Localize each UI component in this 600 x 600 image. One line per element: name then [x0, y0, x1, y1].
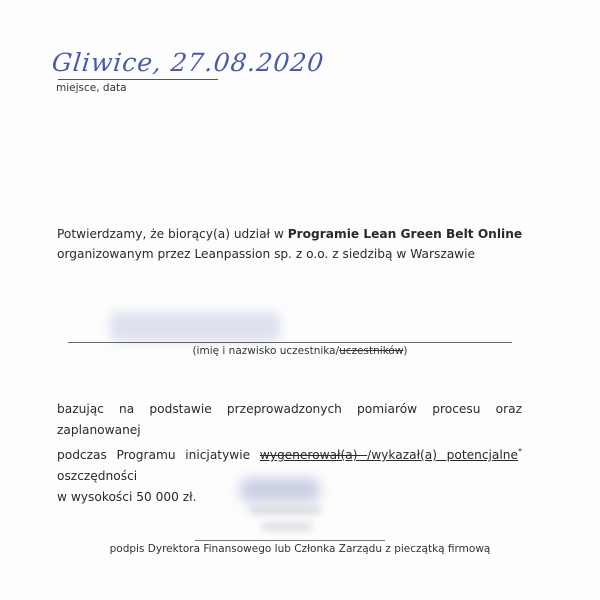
signature-caption: podpis Dyrektora Finansowego lub Członka… — [0, 543, 600, 555]
caption-prefix: (imię i nazwisko uczestnika/ — [192, 345, 339, 357]
confirmation-paragraph: Potwierdzamy, że biorący(a) udział w Pro… — [57, 224, 522, 264]
signature-redacted — [240, 478, 320, 502]
savings-line-2-prefix: podczas Programu inicjatywie — [57, 448, 260, 462]
stamp-line-redacted-2 — [262, 523, 312, 530]
stamp-line-redacted — [250, 506, 320, 514]
confirmation-prefix: Potwierdzamy, że biorący(a) udział w — [57, 227, 288, 241]
program-name: Programie Lean Green Belt Online — [288, 227, 522, 241]
caption-suffix: ) — [403, 345, 407, 357]
confirmation-line-1: Potwierdzamy, że biorący(a) udział w Pro… — [57, 224, 522, 244]
caption-struck-option: uczestników — [339, 345, 403, 357]
participant-name-caption: (imię i nazwisko uczestnika/uczestników) — [0, 345, 600, 357]
signature-line — [195, 540, 385, 541]
place-date-label: miejsce, data — [56, 82, 127, 94]
selected-option: /wykazał(a) potencjalne — [367, 448, 518, 462]
handwritten-place-date: Gliwice, 27.08.2020 — [50, 48, 325, 77]
document-page: Gliwice, 27.08.2020 miejsce, data Potwie… — [0, 0, 600, 600]
place-date-underline — [58, 79, 218, 80]
participant-name-redacted — [110, 312, 280, 342]
participant-name-line — [68, 342, 512, 343]
struck-option: wygenerował(a) — [260, 448, 367, 462]
confirmation-line-2: organizowanym przez Leanpassion sp. z o.… — [57, 244, 522, 264]
savings-line-2-suffix: oszczędności — [57, 469, 137, 483]
savings-line-1: bazując na podstawie przeprowadzonych po… — [57, 399, 522, 441]
footnote-mark: * — [518, 447, 522, 456]
